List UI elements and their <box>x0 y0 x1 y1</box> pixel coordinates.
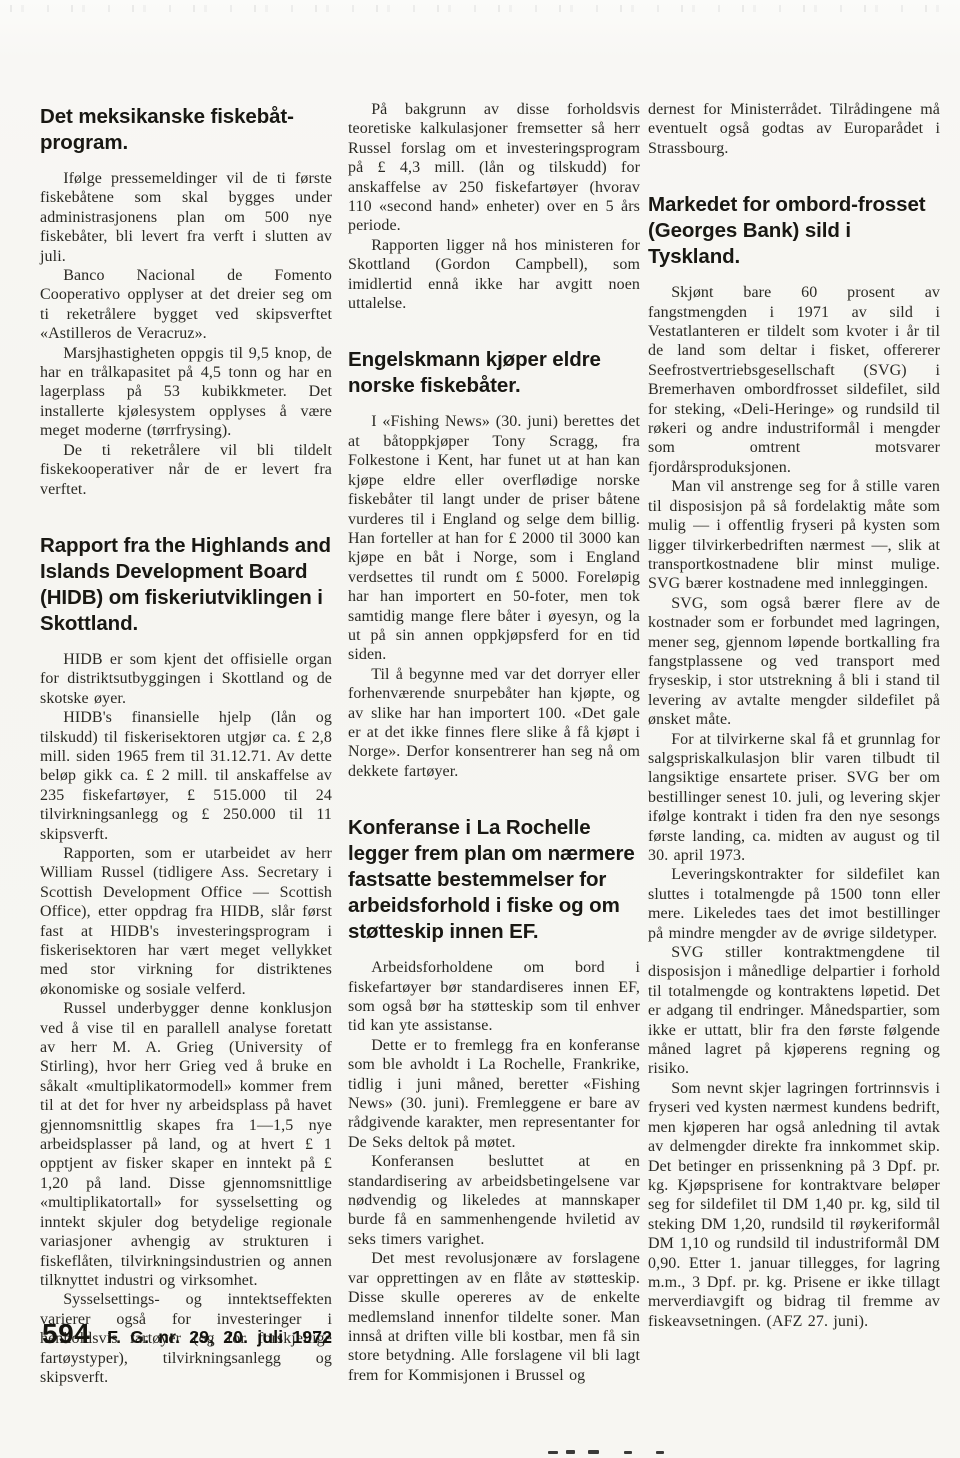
article-heading: Det meksikanske fiskebåt-program. <box>40 104 332 156</box>
article-paragraph: HIDB er som kjent det offisielle organ f… <box>40 650 332 708</box>
article-heading: Konferanse i La Rochelle legger frem pla… <box>348 815 640 945</box>
article-heading: Engelskmann kjøper eldre norske fiskebåt… <box>348 347 640 399</box>
issue-label: F. G. nr. 29, 20. juli 1972 <box>107 1327 332 1348</box>
scan-artifact-dash <box>566 1450 575 1454</box>
article-paragraph: Det mest revolusjonære av forslagene var… <box>348 1249 640 1385</box>
page-footer: 594 F. G. nr. 29, 20. juli 1972 <box>42 1318 332 1350</box>
article-heading: Rapport fra the Highlands and Islands De… <box>40 533 332 637</box>
scan-artifact-dash <box>656 1451 664 1454</box>
article-paragraph: Skjønt bare 60 prosent av fangstmengden … <box>648 283 940 477</box>
article-paragraph: Rapporten, som er utarbeidet av herr Wil… <box>40 844 332 999</box>
article-paragraph: For at tilvirkerne skal få et grunnlag f… <box>648 730 940 866</box>
scan-artifact-dash <box>548 1451 558 1454</box>
article-paragraph: Til å begynne med var det dorryer eller … <box>348 665 640 781</box>
text-column-middle: På bakgrunn av disse forholdsvis teoreti… <box>348 100 640 1385</box>
article-paragraph: Leveringskontrakter for sildefilet kan s… <box>648 865 940 943</box>
scan-artifact-top-bleedthrough <box>10 5 950 12</box>
page-number: 594 <box>42 1318 90 1350</box>
article-paragraph: SVG stiller kontraktmengdene til disposi… <box>648 943 940 1079</box>
scan-artifact-dash <box>624 1451 632 1454</box>
article-paragraph: Konferansen besluttet at en standardiser… <box>348 1152 640 1249</box>
article-paragraph: Ifølge pressemeldinger vil de ti første … <box>40 169 332 266</box>
text-column-right: dernest for Ministerrådet. Tilrådingene … <box>648 100 940 1331</box>
journal-page: Det meksikanske fiskebåt-program.Ifølge … <box>0 0 960 1458</box>
article-paragraph: De ti reketrålere vil bli tildelt fiskek… <box>40 441 332 499</box>
article-paragraph: I «Fishing News» (30. juni) berettes det… <box>348 412 640 664</box>
article-heading: Markedet for ombord-frosset (Georges Ban… <box>648 192 940 270</box>
article-paragraph: Rapporten ligger nå hos ministeren for S… <box>348 236 640 314</box>
article-paragraph: HIDB's finansielle hjelp (lån og tilskud… <box>40 708 332 844</box>
article-paragraph: Banco Nacional de Fomento Cooperativo op… <box>40 266 332 344</box>
article-paragraph: Som nevnt skjer lagringen fortrinnsvis i… <box>648 1079 940 1331</box>
article-paragraph: dernest for Ministerrådet. Tilrådingene … <box>648 100 940 158</box>
article-paragraph: Russel underbygger denne konklusjon ved … <box>40 999 332 1290</box>
article-paragraph: Dette er to fremlegg fra en konferanse s… <box>348 1036 640 1152</box>
article-paragraph: Arbeidsforholdene om bord i fiskefartøye… <box>348 958 640 1036</box>
article-paragraph: Man vil anstrenge seg for å stille varen… <box>648 477 940 593</box>
text-column-left: Det meksikanske fiskebåt-program.Ifølge … <box>40 100 332 1387</box>
article-paragraph: På bakgrunn av disse forholdsvis teoreti… <box>348 100 640 236</box>
article-paragraph: Marsjhastigheten oppgis til 9,5 knop, de… <box>40 344 332 441</box>
scan-artifact-dash <box>588 1450 599 1454</box>
scan-artifact-bottom-dashes <box>548 1450 664 1454</box>
article-paragraph: SVG, som også bærer flere av de kostnade… <box>648 594 940 730</box>
